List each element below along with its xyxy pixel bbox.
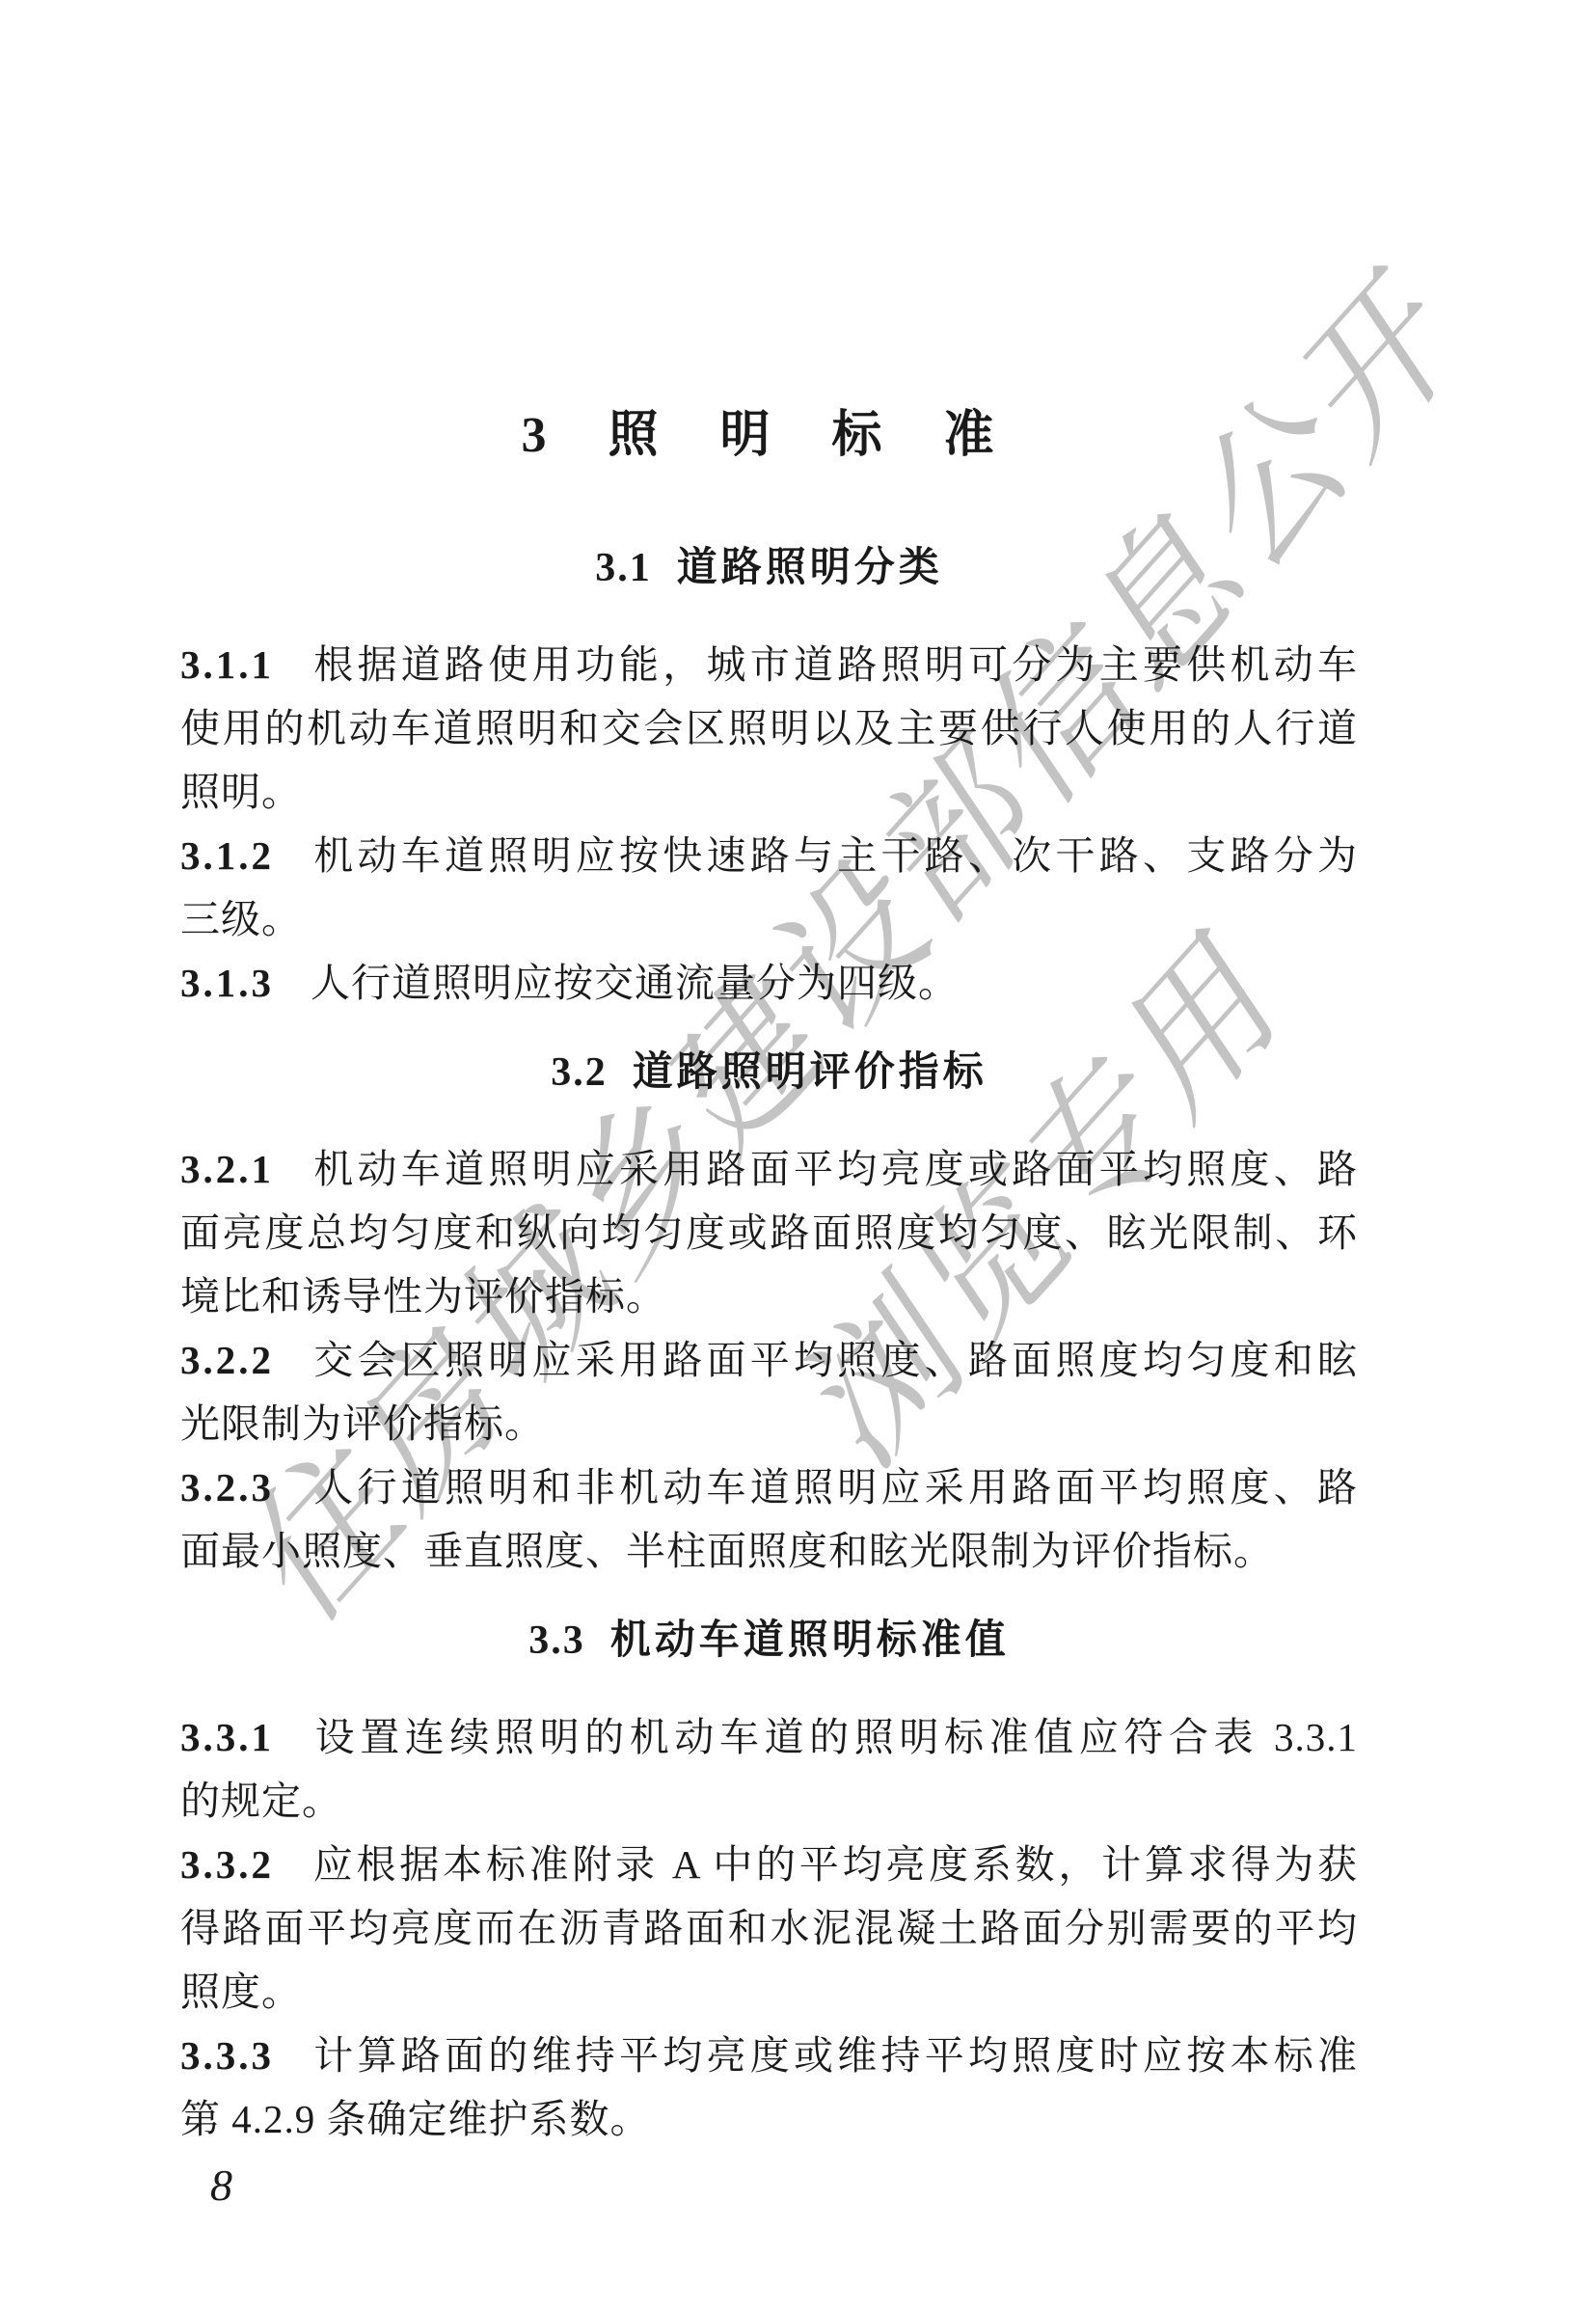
page-number: 8 [180,2159,1358,2213]
section: 3.2道路照明评价指标 3.2.1机动车道照明应采用路面平均亮度或路面平均照度、… [180,1049,1358,1583]
clause-text: 应根据本标准附录 A 中的平均亮度系数，计算求得为获 [311,1842,1358,1887]
clause-line: 光限制为评价指标。 [180,1392,1358,1455]
clause-line: 3.1.1根据道路使用功能，城市道路照明可分为主要供机动车 [180,633,1358,696]
clause-text: 交会区照明应采用路面平均照度、路面照度均匀度和眩 [311,1338,1358,1382]
clause-line: 照明。 [180,760,1358,824]
section-title: 道路照明评价指标 [633,1048,987,1094]
section-number: 3.3 [528,1618,585,1663]
clause: 3.2.3人行道照明和非机动车道照明应采用路面平均照度、路面最小照度、垂直照度、… [180,1455,1358,1583]
clause-number: 3.2.3 [180,1465,274,1509]
clause-number: 3.1.2 [180,833,274,878]
section-clauses: 3.1.1根据道路使用功能，城市道路照明可分为主要供机动车使用的机动车道照明和交… [180,633,1358,1015]
clause-line: 使用的机动车道照明和交会区照明以及主要供行人使用的人行道 [180,696,1358,760]
clause-number: 3.3.3 [180,2033,274,2078]
clause-line: 的规定。 [180,1769,1358,1833]
section-heading: 3.1道路照明分类 [180,545,1358,590]
section: 3.1道路照明分类 3.1.1根据道路使用功能，城市道路照明可分为主要供机动车使… [180,545,1358,1015]
clause: 3.1.1根据道路使用功能，城市道路照明可分为主要供机动车使用的机动车道照明和交… [180,633,1358,824]
clause-number: 3.3.2 [180,1842,274,1887]
page-content: 3照明标准 3.1道路照明分类 3.1.1根据道路使用功能，城市道路照明可分为主… [180,0,1358,2213]
clause-number: 3.2.1 [180,1147,274,1191]
clause-text: 设置连续照明的机动车道的照明标准值应符合表 3.3.1 [311,1715,1358,1759]
clause-line: 3.3.3计算路面的维持平均亮度或维持平均照度时应按本标准 [180,2024,1358,2087]
section-title: 道路照明分类 [677,544,943,589]
document-page: 住房城乡建设部信息公开 浏览专用 3照明标准 3.1道路照明分类 3.1.1根据… [0,0,1596,2311]
clause: 3.3.2应根据本标准附录 A 中的平均亮度系数，计算求得为获得路面平均亮度而在… [180,1833,1358,2024]
clause-line: 境比和诱导性为评价指标。 [180,1264,1358,1328]
clause-line: 3.3.2应根据本标准附录 A 中的平均亮度系数，计算求得为获 [180,1833,1358,1896]
clause-text: 根据道路使用功能，城市道路照明可分为主要供机动车 [311,642,1358,687]
section-number: 3.2 [551,1050,608,1095]
clause-number: 3.1.3 [180,961,274,1005]
clause-line: 3.3.1设置连续照明的机动车道的照明标准值应符合表 3.3.1 [180,1705,1358,1769]
chapter-title: 3照明标准 [180,409,1358,463]
section-clauses: 3.3.1设置连续照明的机动车道的照明标准值应符合表 3.3.1的规定。3.3.… [180,1705,1358,2151]
section-heading: 3.2道路照明评价指标 [180,1049,1358,1095]
section-title: 机动车道照明标准值 [610,1617,1010,1662]
clause-text: 人行道照明和非机动车道照明应采用路面平均照度、路 [311,1465,1358,1509]
clause: 3.2.1机动车道照明应采用路面平均亮度或路面平均照度、路面亮度总均匀度和纵向均… [180,1137,1358,1328]
clause-line: 三级。 [180,887,1358,951]
clause-line: 3.2.1机动车道照明应采用路面平均亮度或路面平均照度、路 [180,1137,1358,1201]
clause-text: 计算路面的维持平均亮度或维持平均照度时应按本标准 [311,2033,1358,2078]
clause: 3.2.2交会区照明应采用路面平均照度、路面照度均匀度和眩光限制为评价指标。 [180,1328,1358,1455]
clause-line: 面最小照度、垂直照度、半柱面照度和眩光限制为评价指标。 [180,1519,1358,1583]
chapter-title-text: 照明标准 [608,408,1055,463]
clause-line: 3.2.2交会区照明应采用路面平均照度、路面照度均匀度和眩 [180,1328,1358,1392]
chapter-number: 3 [521,408,608,463]
clause-line: 第 4.2.9 条确定维护系数。 [180,2087,1358,2151]
sections: 3.1道路照明分类 3.1.1根据道路使用功能，城市道路照明可分为主要供机动车使… [180,545,1358,2151]
clause: 3.3.3计算路面的维持平均亮度或维持平均照度时应按本标准第 4.2.9 条确定… [180,2024,1358,2151]
clause: 3.3.1设置连续照明的机动车道的照明标准值应符合表 3.3.1的规定。 [180,1705,1358,1833]
clause-text: 机动车道照明应按快速路与主干路、次干路、支路分为 [311,833,1358,878]
clause-line: 3.1.2机动车道照明应按快速路与主干路、次干路、支路分为 [180,824,1358,887]
section-clauses: 3.2.1机动车道照明应采用路面平均亮度或路面平均照度、路面亮度总均匀度和纵向均… [180,1137,1358,1583]
clause-line: 3.2.3人行道照明和非机动车道照明应采用路面平均照度、路 [180,1455,1358,1519]
clause-number: 3.3.1 [180,1715,274,1759]
section-heading: 3.3机动车道照明标准值 [180,1618,1358,1663]
clause: 3.1.2机动车道照明应按快速路与主干路、次干路、支路分为三级。 [180,824,1358,951]
clause-line: 照度。 [180,1960,1358,2024]
section-number: 3.1 [595,546,652,590]
clause-line: 得路面平均亮度而在沥青路面和水泥混凝土路面分别需要的平均 [180,1896,1358,1960]
clause: 3.1.3人行道照明应按交通流量分为四级。 [180,951,1358,1015]
clause-text: 机动车道照明应采用路面平均亮度或路面平均照度、路 [311,1147,1358,1191]
clause-text: 人行道照明应按交通流量分为四级。 [311,961,959,1005]
clause-line: 面亮度总均匀度和纵向均匀度或路面照度均匀度、眩光限制、环 [180,1201,1358,1264]
section: 3.3机动车道照明标准值 3.3.1设置连续照明的机动车道的照明标准值应符合表 … [180,1618,1358,2151]
clause-number: 3.2.2 [180,1338,274,1382]
clause-line: 3.1.3人行道照明应按交通流量分为四级。 [180,951,1358,1015]
clause-number: 3.1.1 [180,642,274,687]
